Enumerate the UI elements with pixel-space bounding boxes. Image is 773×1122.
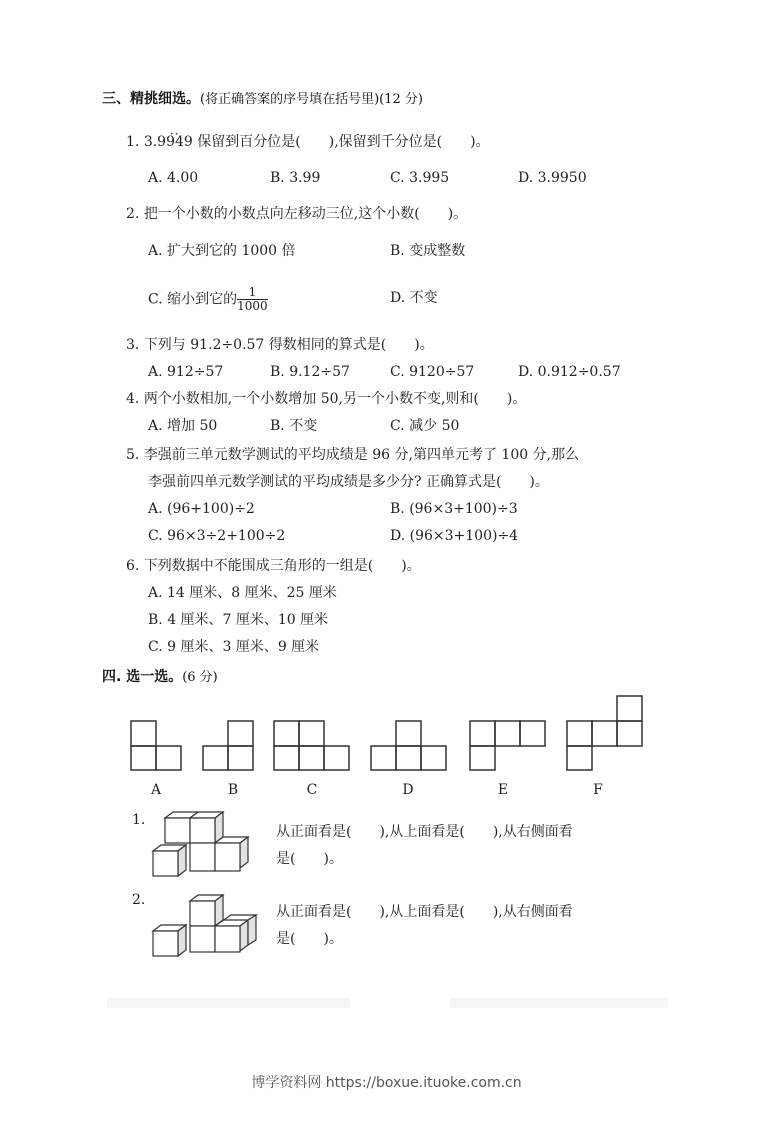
section-3-title: 三、精挑细选。 (102, 91, 200, 107)
q6-option-b: B. 4 厘米、7 厘米、10 厘米 (148, 610, 328, 630)
figure-label-d: D (393, 782, 423, 798)
question-3: 3. 下列与 91.2÷0.57 得数相同的算式是( )。 (126, 335, 434, 355)
question-number: 5. (126, 447, 139, 463)
scan-artifact-left (107, 998, 350, 1008)
question-stem: 下列数据中不能围成三角形的一组是( )。 (144, 558, 421, 574)
question-1-number-value: 3.9949·· (144, 134, 193, 150)
fraction-numerator: 1 (237, 286, 268, 300)
figure-label-a: A (141, 782, 171, 798)
question-stem: 两个小数相加,一个小数增加 50,另一个小数不变,则和( )。 (144, 391, 527, 407)
q1-option-b: B. 3.99 (270, 168, 320, 188)
q2-option-c: C. 缩小到它的11000 (148, 286, 268, 313)
option-text: C. 缩小到它的 (148, 292, 237, 308)
section-3-heading: 三、精挑细选。(将正确答案的序号填在括号里)(12 分) (102, 88, 423, 108)
fraction: 11000 (237, 286, 268, 313)
section-4-note: (6 分) (182, 670, 218, 685)
q5-option-d: D. (96×3+100)÷4 (390, 526, 518, 546)
figure-label-e: E (488, 782, 518, 798)
section-4-heading: 四. 选一选。(6 分) (102, 666, 218, 686)
view-figure-a-icon (131, 721, 183, 771)
recurring-dots: ·· (170, 124, 180, 144)
s4-question-1-number: 1. (132, 810, 145, 830)
q1-option-d: D. 3.9950 (518, 168, 587, 188)
q5-option-a: A. (96+100)÷2 (148, 499, 255, 519)
question-6: 6. 下列数据中不能围成三角形的一组是( )。 (126, 556, 421, 576)
q2-option-d: D. 不变 (390, 288, 438, 308)
q4-option-b: B. 不变 (270, 416, 317, 436)
figure-label-c: C (297, 782, 327, 798)
question-1: 1. 3.9949·· 保留到百分位是( ),保留到千分位是( )。 (126, 132, 490, 152)
view-figure-b-icon (203, 721, 255, 771)
question-5: 5. 李强前三单元数学测试的平均成绩是 96 分,第四单元考了 100 分,那么 (126, 445, 579, 465)
q6-option-c: C. 9 厘米、3 厘米、9 厘米 (148, 637, 319, 657)
question-5-line-2: 李强前四单元数学测试的平均成绩是多少分? 正确算式是( )。 (148, 472, 549, 492)
s4-question-2-line-1: 从正面看是( ),从上面看是( ),从右侧面看 (276, 902, 573, 922)
q1-option-a: A. 4.00 (148, 168, 198, 188)
s4-question-2-line-2: 是( )。 (276, 929, 343, 949)
scan-artifact-right (450, 998, 668, 1008)
fraction-denominator: 1000 (237, 300, 268, 313)
figure-label-b: B (218, 782, 248, 798)
s4-question-1-line-1: 从正面看是( ),从上面看是( ),从右侧面看 (276, 822, 573, 842)
question-4: 4. 两个小数相加,一个小数增加 50,另一个小数不变,则和( )。 (126, 389, 526, 409)
view-figure-c-icon (274, 721, 351, 771)
s4-question-2-number: 2. (132, 890, 145, 910)
q4-option-c: C. 减少 50 (390, 416, 459, 436)
question-number: 1. (126, 134, 139, 150)
view-figure-d-icon (371, 721, 448, 771)
question-stem: 把一个小数的小数点向左移动三位,这个小数( )。 (144, 206, 467, 222)
q2-option-b: B. 变成整数 (390, 241, 465, 261)
section-3-note: (将正确答案的序号填在括号里)(12 分) (200, 92, 423, 107)
question-number: 2. (126, 206, 139, 222)
figure-label-f: F (583, 782, 613, 798)
q1-option-c: C. 3.995 (390, 168, 449, 188)
s4-question-1-line-2: 是( )。 (276, 849, 343, 869)
question-number: 6. (126, 558, 139, 574)
q5-option-c: C. 96×3÷2+100÷2 (148, 526, 285, 546)
q2-option-a: A. 扩大到它的 1000 倍 (148, 241, 296, 261)
question-stem: 下列与 91.2÷0.57 得数相同的算式是( )。 (144, 337, 434, 353)
question-stem-line-1: 李强前三单元数学测试的平均成绩是 96 分,第四单元考了 100 分,那么 (144, 447, 579, 463)
decimal-value: 3.9949 (144, 134, 193, 150)
cube-stack-1-icon (153, 812, 273, 880)
section-4-title: 四. 选一选。 (102, 669, 182, 685)
view-figure-f-icon (567, 696, 644, 771)
q3-option-d: D. 0.912÷0.57 (518, 362, 621, 382)
q3-option-b: B. 9.12÷57 (270, 362, 350, 382)
view-figure-e-icon (470, 721, 547, 771)
q3-option-c: C. 9120÷57 (390, 362, 474, 382)
question-2: 2. 把一个小数的小数点向左移动三位,这个小数( )。 (126, 204, 467, 224)
q6-option-a: A. 14 厘米、8 厘米、25 厘米 (148, 583, 337, 603)
q5-option-b: B. (96×3+100)÷3 (390, 499, 518, 519)
footer-watermark: 博学资料网 https://boxue.ituoke.com.cn (0, 1072, 773, 1092)
cube-stack-2-icon (153, 893, 273, 961)
question-stem: 保留到百分位是( ),保留到千分位是( )。 (197, 134, 489, 150)
question-number: 3. (126, 337, 139, 353)
q4-option-a: A. 增加 50 (148, 416, 217, 436)
q3-option-a: A. 912÷57 (148, 362, 223, 382)
question-number: 4. (126, 391, 139, 407)
